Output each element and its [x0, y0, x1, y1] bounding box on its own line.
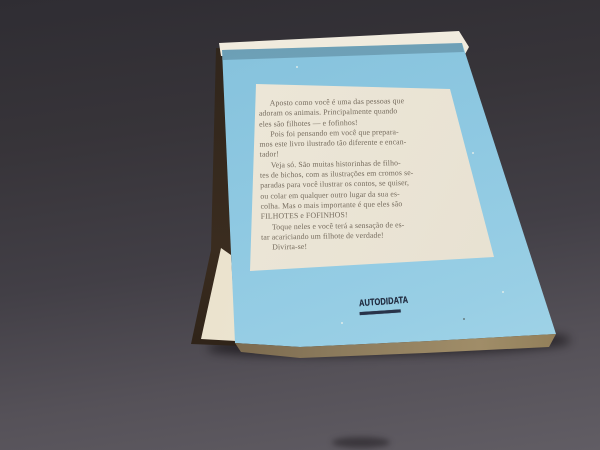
paper-speck: [296, 66, 298, 68]
surface-smudge: [332, 437, 390, 448]
publisher-logo-text: AUTODIDATA: [359, 295, 409, 309]
back-cover-text: Aposto como você é uma das pessoas quead…: [259, 95, 458, 253]
publisher-logo: AUTODIDATA: [358, 289, 423, 315]
paper-speck: [472, 152, 474, 154]
paper-speck: [341, 322, 343, 324]
paper-speck: [463, 318, 465, 320]
photo-surface: Aposto como você é uma das pessoas quead…: [0, 0, 600, 450]
paper-speck: [502, 291, 504, 293]
